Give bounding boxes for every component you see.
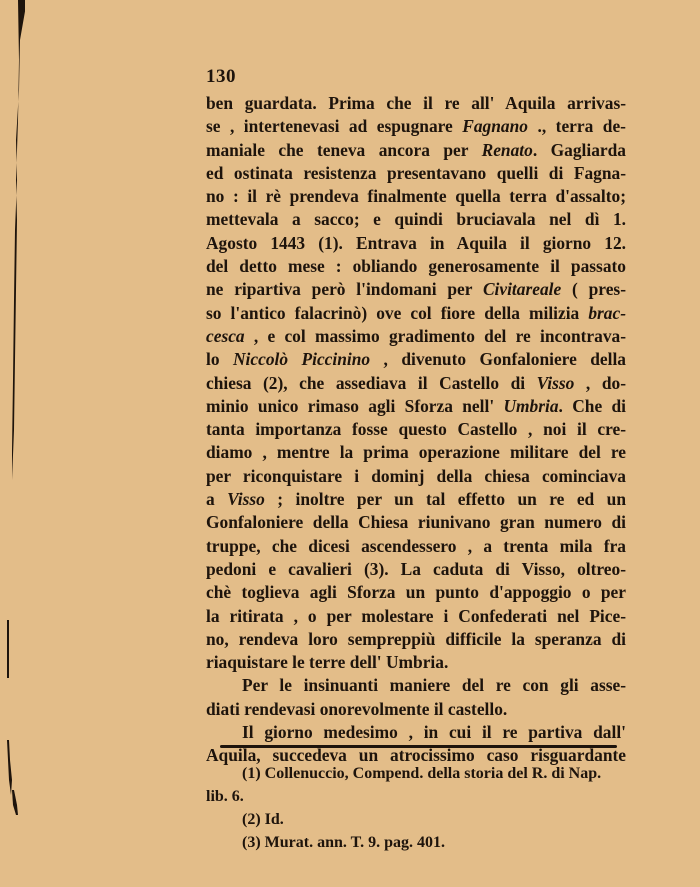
italic-text-segment: Umbria xyxy=(503,396,558,416)
text-segment: . Che di xyxy=(559,396,626,416)
text-segment: ben guardata. Prima che il re all' Aquil… xyxy=(206,93,626,113)
text-segment: per riconquistare i dominj della chiesa … xyxy=(206,466,626,486)
text-segment: truppe, che dicesi ascendessero , a tren… xyxy=(206,536,626,556)
text-line: no, rendeva loro sempreppiù difficile la… xyxy=(206,628,626,651)
italic-text-segment: Visso xyxy=(537,373,575,393)
text-segment: so l'antico falacrinò) ove col fiore del… xyxy=(206,303,588,323)
text-line: truppe, che dicesi ascendessero , a tren… xyxy=(206,535,626,558)
text-line: Agosto 1443 (1). Entrava in Aquila il gi… xyxy=(206,232,626,255)
text-segment: mettevala a sacco; e quindi bruciavala n… xyxy=(206,209,626,229)
text-segment: chè toglieva agli Sforza un punto d'appo… xyxy=(206,582,626,602)
text-segment: ( pres- xyxy=(561,279,626,299)
text-segment: Gonfaloniere della Chiesa riunivano gran… xyxy=(206,512,626,532)
text-line: ed ostinata resistenza presentavano quel… xyxy=(206,162,626,185)
text-segment: riaquistare le terre dell' Umbria. xyxy=(206,652,448,672)
text-segment: chiesa (2), che assediava il Castello di xyxy=(206,373,537,393)
text-line: pedoni e cavalieri (3). La caduta di Vis… xyxy=(206,558,626,581)
book-page: 130 ben guardata. Prima che il re all' A… xyxy=(0,0,700,887)
text-line: se , intertenevasi ad espugnare Fagnano … xyxy=(206,115,626,138)
text-line: Gonfaloniere della Chiesa riunivano gran… xyxy=(206,511,626,534)
text-line: no : il rè prendeva finalmente quella te… xyxy=(206,185,626,208)
text-segment: ., terra de- xyxy=(528,116,626,136)
text-segment: diati rendevasi onorevolmente il castell… xyxy=(206,699,507,719)
italic-text-segment: Fagnano xyxy=(462,116,528,136)
text-segment: Agosto 1443 (1). Entrava in Aquila il gi… xyxy=(206,233,626,253)
text-segment: diamo , mentre la prima operazione milit… xyxy=(206,442,626,462)
text-segment: minio unico rimaso agli Sforza nell' xyxy=(206,396,503,416)
italic-text-segment: Visso xyxy=(227,489,265,509)
footnote: lib. 6. xyxy=(206,785,626,808)
text-segment: ed ostinata resistenza presentavano quel… xyxy=(206,163,626,183)
page-edge-marks xyxy=(0,600,30,840)
text-segment: ; inoltre per un tal effetto un re ed un xyxy=(265,489,626,509)
text-segment: Il giorno medesimo , in cui il re partiv… xyxy=(242,722,626,742)
text-segment: , do- xyxy=(574,373,626,393)
page-number: 130 xyxy=(206,66,236,88)
text-line: minio unico rimaso agli Sforza nell' Umb… xyxy=(206,395,626,418)
text-line: ne ripartiva però l'indomani per Civitar… xyxy=(206,278,626,301)
italic-text-segment: Civitareale xyxy=(483,279,561,299)
text-line: riaquistare le terre dell' Umbria. xyxy=(206,651,626,674)
text-line: a Visso ; inoltre per un tal effetto un … xyxy=(206,488,626,511)
text-line: lo Niccolò Piccinino , divenuto Gonfalon… xyxy=(206,348,626,371)
footnote: (3) Murat. ann. T. 9. pag. 401. xyxy=(206,831,626,854)
text-segment: maniale che teneva ancora per xyxy=(206,140,482,160)
italic-text-segment: Renato xyxy=(482,140,533,160)
text-segment: la ritirata , o per molestare i Confeder… xyxy=(206,606,626,626)
text-line: so l'antico falacrinò) ove col fiore del… xyxy=(206,302,626,325)
text-line: Per le insinuanti maniere del re con gli… xyxy=(206,674,626,697)
text-segment: pedoni e cavalieri (3). La caduta di Vis… xyxy=(206,559,626,579)
text-segment: tanta importanza fosse questo Castello ,… xyxy=(206,419,626,439)
text-line: ben guardata. Prima che il re all' Aquil… xyxy=(206,92,626,115)
text-segment: , divenuto Gonfaloniere della xyxy=(370,349,626,369)
italic-text-segment: brac- xyxy=(588,303,626,323)
text-line: chè toglieva agli Sforza un punto d'appo… xyxy=(206,581,626,604)
text-line: mettevala a sacco; e quindi bruciavala n… xyxy=(206,208,626,231)
text-segment: Per le insinuanti maniere del re con gli… xyxy=(242,675,626,695)
italic-text-segment: cesca xyxy=(206,326,245,346)
italic-text-segment: Niccolò Piccinino xyxy=(233,349,370,369)
text-line: chiesa (2), che assediava il Castello di… xyxy=(206,372,626,395)
text-segment: no : il rè prendeva finalmente quella te… xyxy=(206,186,626,206)
text-segment: no, rendeva loro sempreppiù difficile la… xyxy=(206,629,626,649)
text-segment: . Gagliarda xyxy=(533,140,626,160)
text-line: cesca , e col massimo gradimento del re … xyxy=(206,325,626,348)
text-segment: del detto mese : obliando generosamente … xyxy=(206,256,626,276)
text-segment: a xyxy=(206,489,227,509)
binding-shadow-edge xyxy=(11,0,19,560)
footnote: (1) Collenuccio, Compend. della storia d… xyxy=(206,762,626,785)
footnotes: (1) Collenuccio, Compend. della storia d… xyxy=(206,762,626,854)
text-segment: ne ripartiva però l'indomani per xyxy=(206,279,483,299)
footnote: (2) Id. xyxy=(206,808,626,831)
text-segment: lo xyxy=(206,349,233,369)
text-line: diamo , mentre la prima operazione milit… xyxy=(206,441,626,464)
body-text: ben guardata. Prima che il re all' Aquil… xyxy=(206,92,626,768)
text-line: del detto mese : obliando generosamente … xyxy=(206,255,626,278)
text-line: Il giorno medesimo , in cui il re partiv… xyxy=(206,721,626,744)
text-line: diati rendevasi onorevolmente il castell… xyxy=(206,698,626,721)
text-line: per riconquistare i dominj della chiesa … xyxy=(206,465,626,488)
footnote-separator-rule xyxy=(220,745,617,748)
text-line: tanta importanza fosse questo Castello ,… xyxy=(206,418,626,441)
text-line: maniale che teneva ancora per Renato. Ga… xyxy=(206,139,626,162)
text-line: la ritirata , o per molestare i Confeder… xyxy=(206,605,626,628)
text-segment: se , intertenevasi ad espugnare xyxy=(206,116,462,136)
text-segment: , e col massimo gradimento del re incont… xyxy=(245,326,626,346)
